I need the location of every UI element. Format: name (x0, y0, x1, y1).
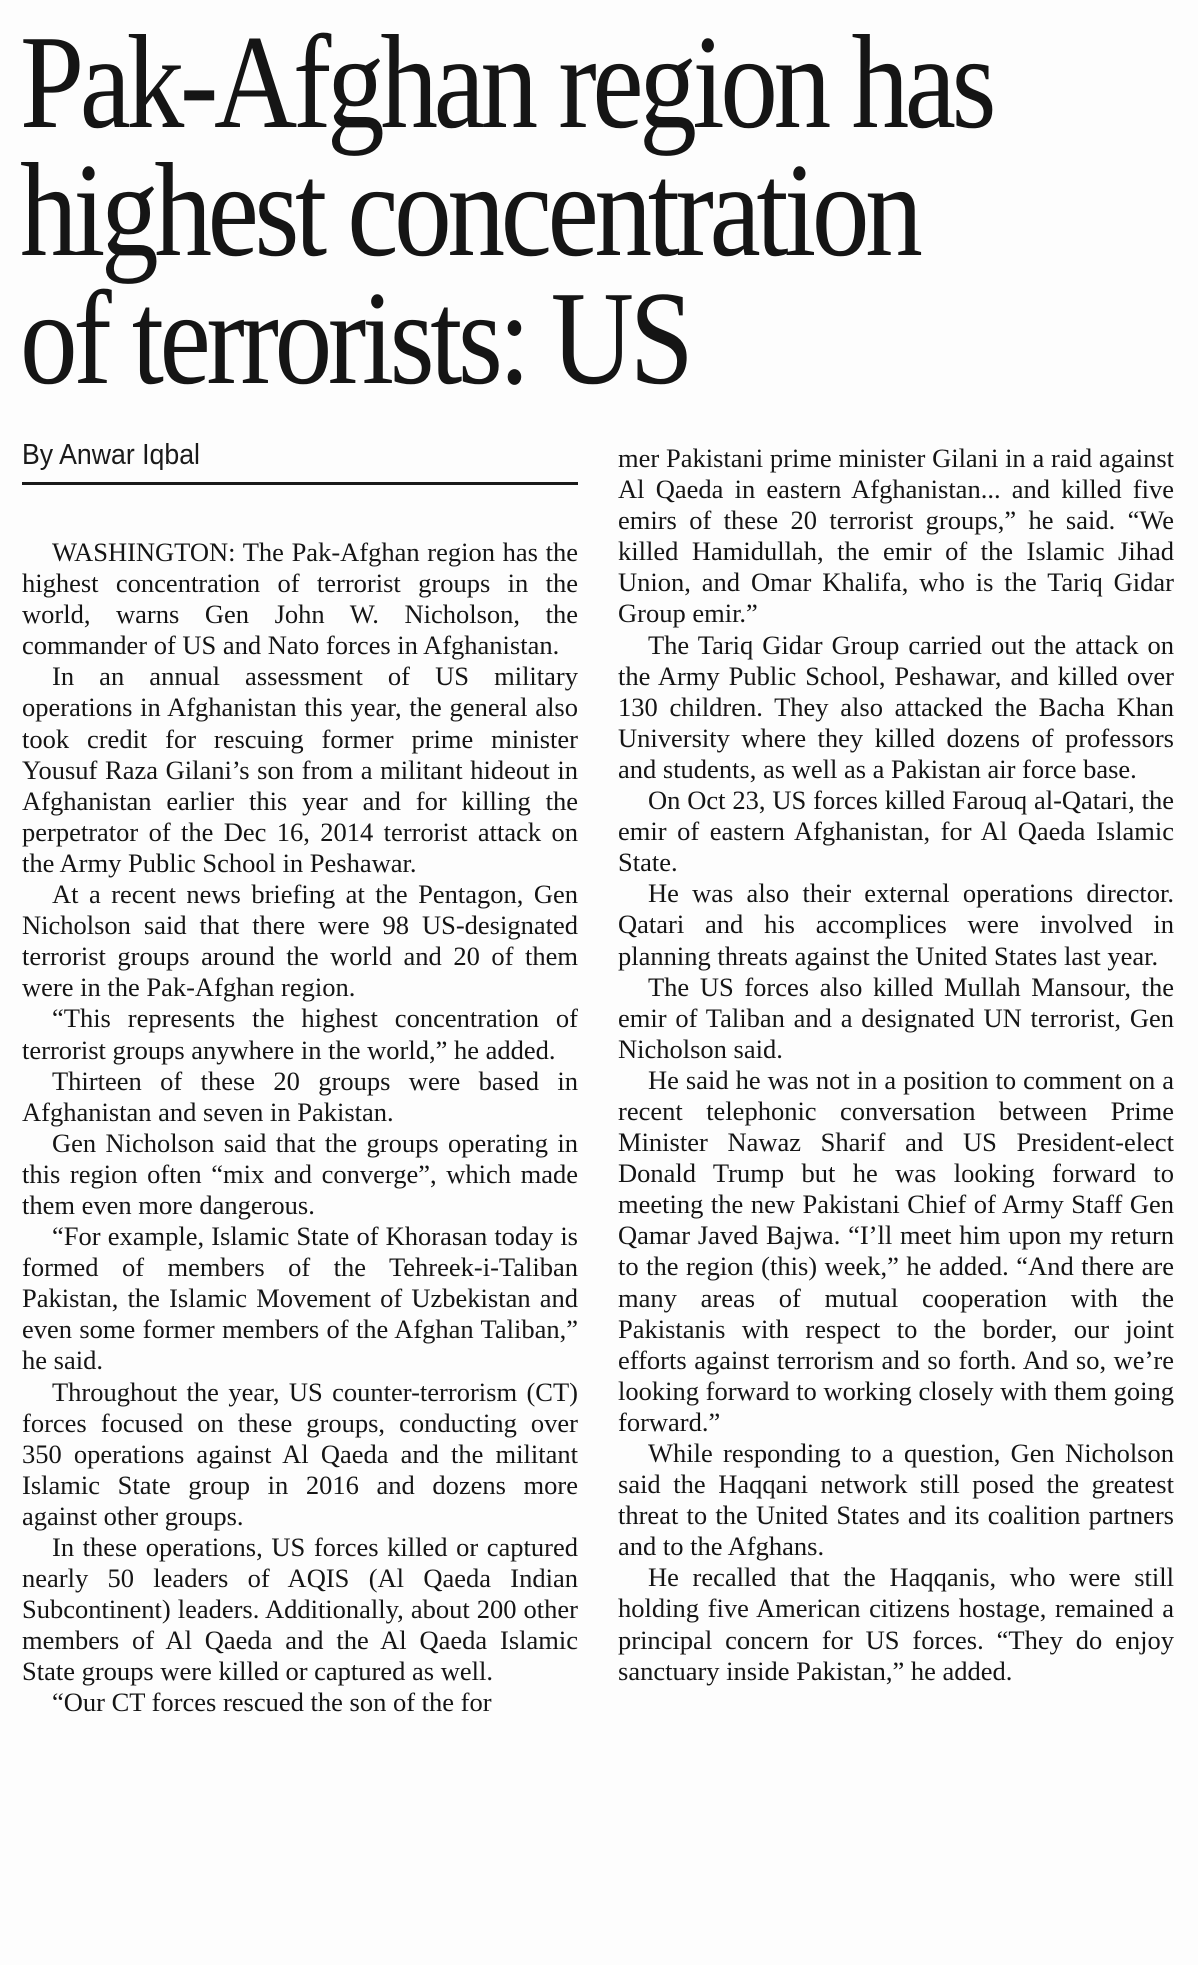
paragraph-continuation: mer Pakistani prime minister Gilani in a… (618, 443, 1174, 630)
headline: Pak-Afghan region has highest concentrat… (20, 18, 1026, 402)
article-column-left: WASHINGTON: The Pak-Afghan region has th… (22, 537, 578, 1719)
headline-line-1: Pak-Afghan region has (20, 18, 1026, 146)
paragraph: “For example, Islamic State of Khorasan … (22, 1221, 578, 1376)
paragraph: The Tariq Gidar Group carried out the at… (618, 630, 1174, 785)
paragraph: In an annual assessment of US military o… (22, 661, 578, 879)
headline-line-3: of terrorists: US (20, 274, 1026, 402)
article-column-right: mer Pakistani prime minister Gilani in a… (618, 443, 1174, 1687)
paragraph: Throughout the year, US counter-terror­i… (22, 1377, 578, 1532)
paragraph: In these operations, US forces killed or… (22, 1532, 578, 1687)
byline: By Anwar Iqbal (22, 438, 534, 472)
headline-line-2: highest concentration (20, 146, 1026, 274)
paragraph: The US forces also killed Mullah Mansour… (618, 972, 1174, 1065)
paragraph: He said he was not in a position to com­… (618, 1065, 1174, 1438)
paragraph: Thirteen of these 20 groups were based i… (22, 1066, 578, 1128)
paragraph: Gen Nicholson said that the groups oper­… (22, 1128, 578, 1221)
paragraph: WASHINGTON: The Pak-Afghan region has th… (22, 537, 578, 661)
paragraph: He was also their external operations di… (618, 878, 1174, 971)
paragraph: While responding to a question, Gen Nich… (618, 1438, 1174, 1562)
paragraph: At a recent news briefing at the Pentago… (22, 879, 578, 1003)
paragraph: He recalled that the Haqqanis, who were … (618, 1562, 1174, 1686)
paragraph: “Our CT forces rescued the son of the fo… (22, 1687, 578, 1718)
byline-block: By Anwar Iqbal (22, 438, 578, 485)
byline-divider (22, 482, 578, 485)
paragraph: On Oct 23, US forces killed Farouq al-Qa… (618, 785, 1174, 878)
paragraph: “This represents the highest concentra­t… (22, 1003, 578, 1065)
